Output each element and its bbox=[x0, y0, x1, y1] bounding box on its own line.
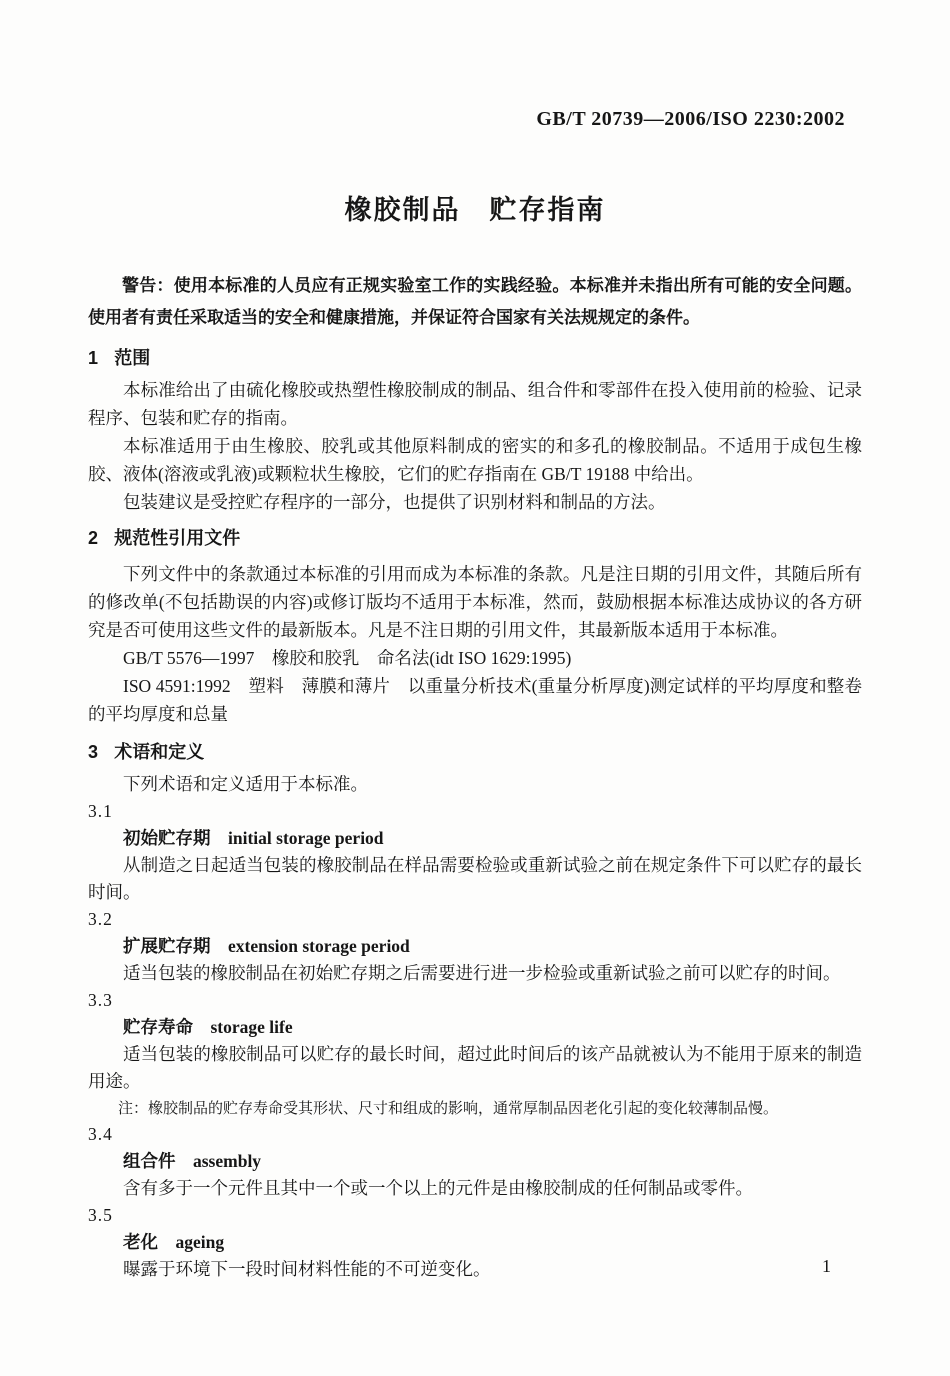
term-heading: 老化ageing bbox=[123, 1229, 862, 1256]
term-definition: 曝露于环境下一段时间材料性能的不可逆变化。 bbox=[88, 1256, 862, 1283]
scope-paragraph-1: 本标准给出了由硫化橡胶或热塑性橡胶制成的制品、组合件和零部件在投入使用前的检验、… bbox=[88, 376, 862, 432]
document-page: GB/T 20739—2006/ISO 2230:2002 橡胶制品 贮存指南 … bbox=[0, 0, 950, 1376]
standard-code: GB/T 20739—2006/ISO 2230:2002 bbox=[88, 106, 862, 132]
term-heading: 贮存寿命storage life bbox=[123, 1014, 862, 1041]
term-name-zh: 初始贮存期 bbox=[123, 828, 211, 848]
term-definition: 含有多于一个元件且其中一个或一个以上的元件是由橡胶制成的任何制品或零件。 bbox=[88, 1175, 862, 1202]
section-number: 1 bbox=[88, 348, 98, 368]
term-entry: 3.4 组合件assembly 含有多于一个元件且其中一个或一个以上的元件是由橡… bbox=[88, 1121, 862, 1202]
term-entry: 3.2 扩展贮存期extension storage period 适当包装的橡… bbox=[88, 906, 862, 987]
term-heading: 组合件assembly bbox=[123, 1148, 862, 1175]
term-entry: 3.3 贮存寿命storage life 适当包装的橡胶制品可以贮存的最长时间，… bbox=[88, 987, 862, 1121]
term-name-en: assembly bbox=[193, 1151, 261, 1171]
section-heading-references: 2规范性引用文件 bbox=[88, 526, 862, 550]
page-number: 1 bbox=[822, 1254, 831, 1278]
term-number: 3.2 bbox=[88, 906, 862, 933]
term-entry: 3.1 初始贮存期initial storage period 从制造之日起适当… bbox=[88, 798, 862, 906]
term-note: 注：橡胶制品的贮存寿命受其形状、尺寸和组成的影响，通常厚制品因老化引起的变化较薄… bbox=[88, 1097, 862, 1121]
term-name-zh: 老化 bbox=[123, 1232, 158, 1252]
section-heading-scope: 1范围 bbox=[88, 346, 862, 370]
term-name-en: extension storage period bbox=[228, 936, 410, 956]
section-heading-terms: 3术语和定义 bbox=[88, 740, 862, 764]
section-title: 范围 bbox=[114, 348, 150, 368]
section-scope: 1范围 本标准给出了由硫化橡胶或热塑性橡胶制成的制品、组合件和零部件在投入使用前… bbox=[88, 346, 862, 516]
term-name-en: ageing bbox=[176, 1232, 225, 1252]
term-number: 3.1 bbox=[88, 798, 862, 825]
section-title: 术语和定义 bbox=[114, 742, 204, 762]
reference-item-1: GB/T 5576—1997 橡胶和胶乳 命名法(idt ISO 1629:19… bbox=[88, 644, 862, 672]
scope-paragraph-2: 本标准适用于由生橡胶、胶乳或其他原料制成的密实的和多孔的橡胶制品。不适用于成包生… bbox=[88, 432, 862, 488]
term-entry: 3.5 老化ageing 曝露于环境下一段时间材料性能的不可逆变化。 bbox=[88, 1202, 862, 1283]
term-heading: 初始贮存期initial storage period bbox=[123, 825, 862, 852]
term-name-zh: 贮存寿命 bbox=[123, 1017, 193, 1037]
term-name-zh: 组合件 bbox=[123, 1151, 176, 1171]
term-name-en: initial storage period bbox=[228, 828, 384, 848]
section-normative-references: 2规范性引用文件 下列文件中的条款通过本标准的引用而成为本标准的条款。凡是注日期… bbox=[88, 526, 862, 728]
terms-intro-paragraph: 下列术语和定义适用于本标准。 bbox=[88, 770, 862, 798]
section-terms-definitions: 3术语和定义 下列术语和定义适用于本标准。 3.1 初始贮存期initial s… bbox=[88, 740, 862, 1283]
references-intro-paragraph: 下列文件中的条款通过本标准的引用而成为本标准的条款。凡是注日期的引用文件，其随后… bbox=[88, 560, 862, 644]
reference-item-2: ISO 4591:1992 塑料 薄膜和薄片 以重量分析技术(重量分析厚度)测定… bbox=[88, 672, 862, 728]
term-heading: 扩展贮存期extension storage period bbox=[123, 933, 862, 960]
section-title: 规范性引用文件 bbox=[114, 528, 240, 548]
scope-paragraph-3: 包装建议是受控贮存程序的一部分，也提供了识别材料和制品的方法。 bbox=[88, 488, 862, 516]
term-name-en: storage life bbox=[211, 1017, 293, 1037]
term-definition: 从制造之日起适当包装的橡胶制品在样品需要检验或重新试验之前在规定条件下可以贮存的… bbox=[88, 852, 862, 906]
term-number: 3.5 bbox=[88, 1202, 862, 1229]
term-definition: 适当包装的橡胶制品可以贮存的最长时间，超过此时间后的该产品就被认为不能用于原来的… bbox=[88, 1041, 862, 1095]
terms-list: 3.1 初始贮存期initial storage period 从制造之日起适当… bbox=[88, 798, 862, 1283]
term-name-zh: 扩展贮存期 bbox=[123, 936, 211, 956]
term-number: 3.3 bbox=[88, 987, 862, 1014]
term-definition: 适当包装的橡胶制品在初始贮存期之后需要进行进一步检验或重新试验之前可以贮存的时间… bbox=[88, 960, 862, 987]
section-number: 3 bbox=[88, 742, 98, 762]
document-title: 橡胶制品 贮存指南 bbox=[88, 190, 862, 230]
section-number: 2 bbox=[88, 528, 98, 548]
warning-paragraph: 警告：使用本标准的人员应有正规实验室工作的实践经验。本标准并未指出所有可能的安全… bbox=[88, 270, 862, 334]
term-number: 3.4 bbox=[88, 1121, 862, 1148]
